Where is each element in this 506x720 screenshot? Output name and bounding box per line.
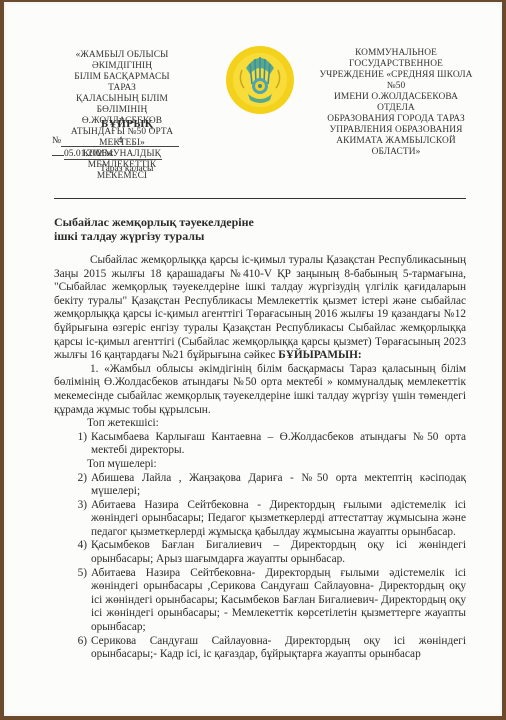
order-title: БҰЙРЫҚ: [101, 118, 153, 130]
list-text: Серикова Сандуғаш Сайлауовна- Директорды…: [91, 635, 466, 662]
preamble-paragraph: Сыбайлас жемқорлыққа қарсы іс-қимыл тура…: [54, 254, 466, 363]
list-item: 5) Абитаева Назира Сейтбековна- Директор…: [54, 567, 466, 635]
list-item: 6) Серикова Сандуғаш Сайлауовна- Директо…: [54, 635, 466, 662]
list-number: 6): [54, 635, 91, 662]
header-kz-line: БІЛІМ БАСҚАРМАСЫ ТАРАЗ: [62, 72, 182, 94]
list-number: 3): [54, 499, 91, 540]
header-ru-line: УЧРЕЖДЕНИЕ «СРЕДНЯЯ ШКОЛА №50: [316, 70, 476, 92]
leader-label: Топ жетекшісі:: [54, 417, 466, 431]
list-text: Абитаева Назира Сейтбековна- Директордың…: [91, 567, 466, 635]
order-word: БҰЙЫРАМЫН:: [278, 349, 361, 361]
header-kz-line: ҚАЛАСЫНЫҢ БІЛІМ БӨЛІМІНІҢ: [62, 94, 182, 116]
list-item: 3) Абитаева Назира Сейтбековна - Директо…: [54, 499, 466, 540]
order-date-value: 05.01.2026ж: [64, 149, 162, 160]
list-text: Абитаева Назира Сейтбековна - Директорды…: [91, 499, 466, 540]
order-body: Сыбайлас жемқорлыққа қарсы іс-қимыл тура…: [54, 254, 466, 662]
point-1: 1. «Жамбыл облысы әкімдігінің білім басқ…: [54, 363, 466, 417]
subject-line: Сыбайлас жемқорлық тәуекелдеріне: [54, 215, 254, 229]
divider: [54, 198, 466, 199]
order-date: 05.01.2026ж: [52, 149, 162, 160]
list-item: 2) Абишева Лайла , Жаңзақова Дариға - №5…: [54, 472, 466, 499]
list-item: 1) Касымбаева Карлығаш Кантаевна – Ө.Жол…: [54, 431, 466, 458]
document-page: «ЖАМБЫЛ ОБЛЫСЫ ӘКІМДІГІНІҢ БІЛІМ БАСҚАРМ…: [4, 2, 502, 716]
header-russian: КОММУНАЛЬНОЕ ГОСУДАРСТВЕННОЕ УЧРЕЖДЕНИЕ …: [316, 48, 476, 158]
list-text: Қасымбеков Бағлан Бигалиевич – Директорд…: [91, 539, 466, 566]
header-ru-line: УПРАВЛЕНИЯ ОБРАЗОВАНИЯ: [316, 125, 476, 136]
list-item: 4) Қасымбеков Бағлан Бигалиевич – Директ…: [54, 539, 466, 566]
order-number-value: 4: [61, 136, 179, 147]
header-ru-line: ОБРАЗОВАНИЯ ГОРОДА ТАРАЗ: [316, 114, 476, 125]
subject-line: ішкі талдау жүргізу туралы: [54, 229, 254, 243]
header-kazakh: «ЖАМБЫЛ ОБЛЫСЫ ӘКІМДІГІНІҢ БІЛІМ БАСҚАРМ…: [62, 50, 182, 182]
members-label: Топ мүшелері:: [54, 458, 466, 472]
list-number: 5): [54, 567, 91, 635]
list-number: 1): [54, 431, 91, 458]
order-number: №4: [52, 136, 182, 147]
list-text: Касымбаева Карлығаш Кантаевна – Ө.Жолдас…: [91, 431, 466, 458]
header-kz-line: «ЖАМБЫЛ ОБЛЫСЫ ӘКІМДІГІНІҢ: [62, 50, 182, 72]
state-emblem-icon: [224, 44, 296, 116]
preamble-text: Сыбайлас жемқорлыққа қарсы іс-қимыл тура…: [54, 254, 466, 361]
header-ru-line: КОММУНАЛЬНОЕ ГОСУДАРСТВЕННОЕ: [316, 48, 476, 70]
header-ru-line: ИМЕНИ О.ЖОЛДАСБЕКОВА ОТДЕЛА: [316, 92, 476, 114]
order-city: Тараз қаласы: [100, 164, 153, 174]
list-number: 2): [54, 472, 91, 499]
list-number: 4): [54, 539, 91, 566]
order-number-prefix: №: [52, 136, 61, 146]
order-subject: Сыбайлас жемқорлық тәуекелдеріне ішкі та…: [54, 215, 254, 243]
list-text: Абишева Лайла , Жаңзақова Дариға - №50 о…: [91, 472, 466, 499]
header-ru-line: АКИМАТА ЖАМБЫЛСКОЙ ОБЛАСТИ»: [316, 136, 476, 158]
